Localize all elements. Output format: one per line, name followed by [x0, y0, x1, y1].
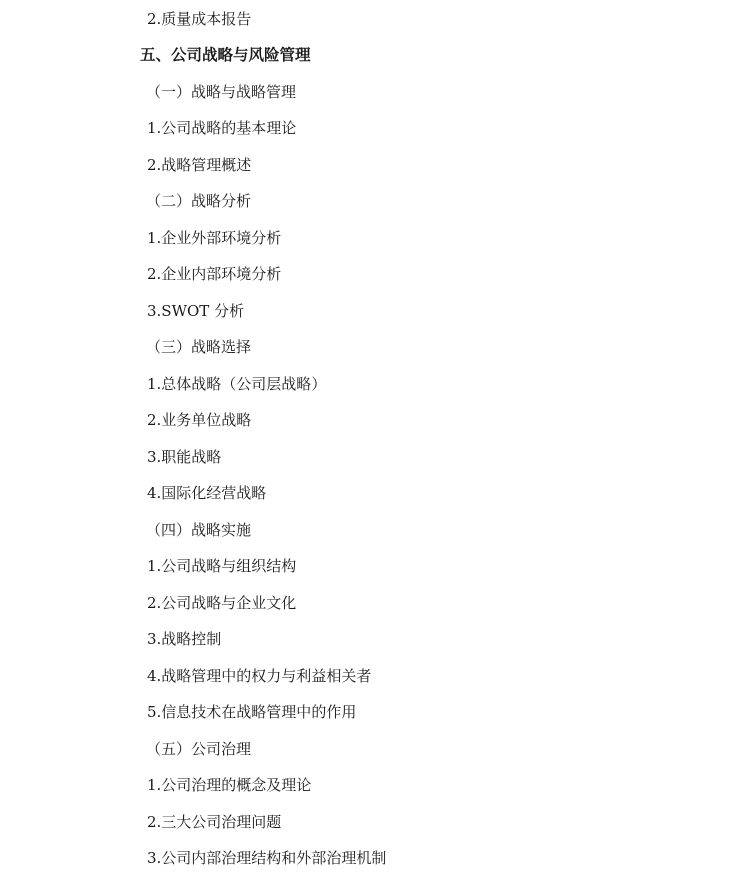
outline-item: 3.公司内部治理结构和外部治理机制 [147, 848, 386, 868]
outline-item: 2.战略管理概述 [147, 155, 251, 175]
outline-item: 2.三大公司治理问题 [147, 812, 281, 832]
subsection-heading: （二）战略分析 [146, 191, 251, 211]
outline-item: 3.SWOT 分析 [147, 301, 244, 321]
section-heading: 五、公司战略与风险管理 [140, 45, 311, 65]
outline-item: 5.信息技术在战略管理中的作用 [147, 702, 356, 722]
outline-item: 2.企业内部环境分析 [147, 264, 281, 284]
outline-item: 1.公司战略与组织结构 [147, 556, 296, 576]
outline-item: 1.公司治理的概念及理论 [147, 775, 311, 795]
outline-item: 3.战略控制 [147, 629, 221, 649]
subsection-heading: （三）战略选择 [146, 337, 251, 357]
outline-item: 2.公司战略与企业文化 [147, 593, 296, 613]
outline-item: 2.业务单位战略 [147, 410, 251, 430]
outline-item: 4.战略管理中的权力与利益相关者 [147, 666, 371, 686]
subsection-heading: （四）战略实施 [146, 520, 251, 540]
outline-item: 3.职能战略 [147, 447, 221, 467]
subsection-heading: （一）战略与战略管理 [146, 82, 296, 102]
outline-item: 4.国际化经营战略 [147, 483, 266, 503]
outline-item: 1.企业外部环境分析 [147, 228, 281, 248]
outline-item: 1.公司战略的基本理论 [147, 118, 296, 138]
subsection-heading: （五）公司治理 [146, 739, 251, 759]
outline-item: 1.总体战略（公司层战略） [147, 374, 326, 394]
outline-item: 2.质量成本报告 [147, 9, 251, 29]
